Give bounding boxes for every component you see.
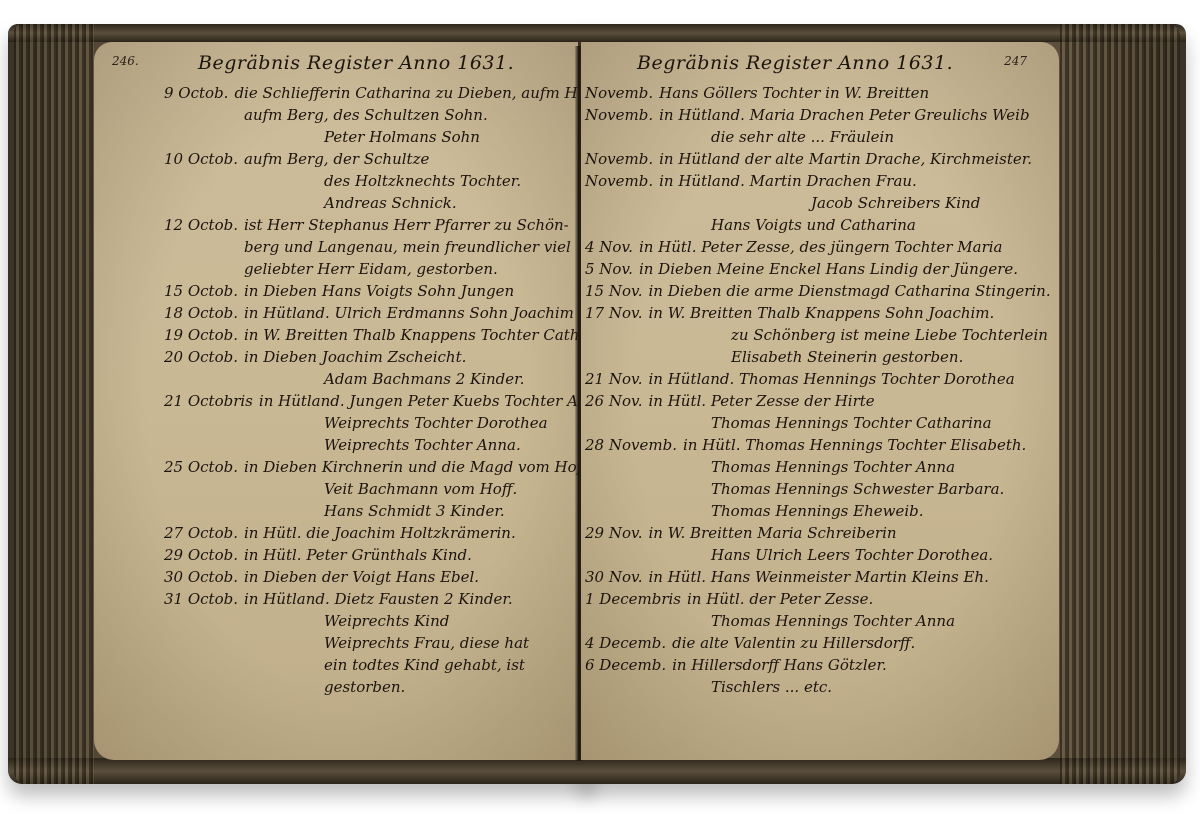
register-entry: 6 Decemb.in Hillersdorff Hans Götzler. [581, 654, 1059, 676]
register-entry: 5 Nov.in Dieben Meine Enckel Hans Lindig… [581, 258, 1059, 280]
entry-continuation: aufm Berg, des Schultzen Sohn. [94, 104, 578, 126]
entry-continuation: Andreas Schnick. [94, 192, 578, 214]
entry-text: in Hütland. Ulrich Erdmanns Sohn Joachim [238, 304, 574, 322]
register-entries: Novemb.Hans Göllers Tochter in W. Breitt… [581, 82, 1059, 698]
entry-text: in Hütland. Thomas Hennings Tochter Doro… [642, 370, 1014, 388]
entry-date: 6 Decemb. [585, 654, 666, 676]
register-entry: 15 Nov.in Dieben die arme Dienstmagd Cat… [581, 280, 1059, 302]
entry-date: 28 Novemb. [585, 434, 677, 456]
entry-continuation: Thomas Hennings Eheweib. [581, 500, 1059, 522]
entry-date: 15 Nov. [585, 280, 642, 302]
entry-date: 21 Nov. [585, 368, 642, 390]
top-page-edges [8, 24, 1186, 42]
entry-text: in Hütl. Thomas Hennings Tochter Elisabe… [677, 436, 1026, 454]
entry-text: aufm Berg, der Schultze [238, 150, 429, 168]
entry-text: in W. Breitten Thalb Knappens Tochter Ca… [238, 326, 578, 344]
entry-date: 29 Octob. [164, 544, 238, 566]
entry-date: Novemb. [585, 148, 653, 170]
entry-text: in Dieben der Voigt Hans Ebel. [238, 568, 479, 586]
entry-date: 18 Octob. [164, 302, 238, 324]
entry-date: 26 Nov. [585, 390, 642, 412]
bottom-page-edges [8, 758, 1186, 784]
entry-text: in Hütl. Peter Grünthals Kind. [238, 546, 472, 564]
entry-continuation: Jacob Schreibers Kind [581, 192, 1059, 214]
entry-text: in Hütl. die Joachim Holtzkrämerin. [238, 524, 516, 542]
register-entry: 20 Octob.in Dieben Joachim Zscheicht. [94, 346, 578, 368]
register-entry: 1 Decembrisin Hütl. der Peter Zesse. [581, 588, 1059, 610]
entry-continuation: Weiprechts Frau, diese hat [94, 632, 578, 654]
register-entry: Novemb.in Hütland. Martin Drachen Frau. [581, 170, 1059, 192]
entry-text: in Hütl. Peter Zesse, des jüngern Tochte… [633, 238, 1003, 256]
open-book: 246. Begräbnis Register Anno 1631. 9 Oct… [8, 24, 1186, 784]
entry-text: in W. Breitten Maria Schreiberin [642, 524, 896, 542]
register-entry: 17 Nov.in W. Breitten Thalb Knappens Soh… [581, 302, 1059, 324]
register-entry: 18 Octob.in Hütland. Ulrich Erdmanns Soh… [94, 302, 578, 324]
entry-date: 12 Octob. [164, 214, 238, 236]
right-page: 247 Begräbnis Register Anno 1631. Novemb… [581, 42, 1059, 760]
entry-text: in Hütland der alte Martin Drache, Kirch… [653, 150, 1032, 168]
entry-date: 29 Nov. [585, 522, 642, 544]
entry-continuation: Thomas Hennings Schwester Barbara. [581, 478, 1059, 500]
entry-date: 17 Nov. [585, 302, 642, 324]
entry-text: die alte Valentin zu Hillersdorff. [666, 634, 915, 652]
entry-continuation: Thomas Hennings Tochter Anna [581, 456, 1059, 478]
entry-text: in Dieben Joachim Zscheicht. [238, 348, 466, 366]
entry-text: in Hütl. Hans Weinmeister Martin Kleins … [642, 568, 988, 586]
register-entry: 30 Octob.in Dieben der Voigt Hans Ebel. [94, 566, 578, 588]
entry-continuation: Hans Voigts und Catharina [581, 214, 1059, 236]
entry-text: in Hütland. Jungen Peter Kuebs Tochter A… [253, 392, 578, 410]
entry-date: Novemb. [585, 104, 653, 126]
entry-continuation: Adam Bachmans 2 Kinder. [94, 368, 578, 390]
entry-continuation: Thomas Hennings Tochter Catharina [581, 412, 1059, 434]
entry-text: in Hillersdorff Hans Götzler. [666, 656, 887, 674]
entry-date: 4 Nov. [585, 236, 633, 258]
entry-date: 10 Octob. [164, 148, 238, 170]
entry-date: 4 Decemb. [585, 632, 666, 654]
register-entry: 30 Nov.in Hütl. Hans Weinmeister Martin … [581, 566, 1059, 588]
entry-continuation: geliebter Herr Eidam, gestorben. [94, 258, 578, 280]
entry-continuation: Hans Schmidt 3 Kinder. [94, 500, 578, 522]
entry-continuation: Weiprechts Kind [94, 610, 578, 632]
left-page: 246. Begräbnis Register Anno 1631. 9 Oct… [94, 42, 578, 760]
entry-date: 21 Octobris [164, 390, 253, 412]
entry-date: 20 Octob. [164, 346, 238, 368]
entry-date: 1 Decembris [585, 588, 681, 610]
register-entry: 21 Octobrisin Hütland. Jungen Peter Kueb… [94, 390, 578, 412]
register-entry: 12 Octob.ist Herr Stephanus Herr Pfarrer… [94, 214, 578, 236]
register-entry: 31 Octob.in Hütland. Dietz Fausten 2 Kin… [94, 588, 578, 610]
entry-date: Novemb. [585, 170, 653, 192]
entry-date: 25 Octob. [164, 456, 238, 478]
entry-continuation: berg und Langenau, mein freundlicher vie… [94, 236, 578, 258]
register-entry: 28 Novemb.in Hütl. Thomas Hennings Tocht… [581, 434, 1059, 456]
entry-text: in Hütland. Maria Drachen Peter Greulich… [653, 106, 1029, 124]
register-entry: Novemb.in Hütland. Maria Drachen Peter G… [581, 104, 1059, 126]
page-number: 247 [1004, 54, 1027, 68]
register-entries: 9 Octob.die Schliefferin Catharina zu Di… [94, 82, 578, 698]
register-entry: 21 Nov.in Hütland. Thomas Hennings Tocht… [581, 368, 1059, 390]
register-entry: 15 Octob.in Dieben Hans Voigts Sohn Jung… [94, 280, 578, 302]
entry-text: in Dieben die arme Dienstmagd Catharina … [642, 282, 1050, 300]
entry-date: 9 Octob. [164, 82, 228, 104]
entry-continuation: Veit Bachmann vom Hoff. [94, 478, 578, 500]
entry-continuation: Thomas Hennings Tochter Anna [581, 610, 1059, 632]
entry-date: 30 Nov. [585, 566, 642, 588]
entry-text: in W. Breitten Thalb Knappens Sohn Joach… [642, 304, 994, 322]
register-entry: 10 Octob.aufm Berg, der Schultze [94, 148, 578, 170]
entry-date: 30 Octob. [164, 566, 238, 588]
page-heading: Begräbnis Register Anno 1631. [637, 52, 953, 74]
entry-continuation: Weiprechts Tochter Dorothea [94, 412, 578, 434]
entry-continuation: die sehr alte ... Fräulein [581, 126, 1059, 148]
entry-continuation: Weiprechts Tochter Anna. [94, 434, 578, 456]
entry-text: die Schliefferin Catharina zu Dieben, au… [228, 84, 578, 102]
entry-date: 19 Octob. [164, 324, 238, 346]
register-entry: 4 Decemb.die alte Valentin zu Hillersdor… [581, 632, 1059, 654]
register-entry: 25 Octob.in Dieben Kirchnerin und die Ma… [94, 456, 578, 478]
register-entry: 26 Nov.in Hütl. Peter Zesse der Hirte [581, 390, 1059, 412]
entry-date: 5 Nov. [585, 258, 633, 280]
entry-text: in Hütl. Peter Zesse der Hirte [642, 392, 874, 410]
entry-text: in Hütland. Martin Drachen Frau. [653, 172, 917, 190]
entry-continuation: zu Schönberg ist meine Liebe Tochterlein [581, 324, 1059, 346]
register-entry: 29 Octob.in Hütl. Peter Grünthals Kind. [94, 544, 578, 566]
entry-text: ist Herr Stephanus Herr Pfarrer zu Schön… [238, 216, 569, 234]
entry-continuation: Peter Holmans Sohn [94, 126, 578, 148]
entry-continuation: ein todtes Kind gehabt, ist [94, 654, 578, 676]
entry-text: in Hütl. der Peter Zesse. [681, 590, 873, 608]
entry-text: in Dieben Hans Voigts Sohn Jungen [238, 282, 514, 300]
register-entry: 19 Octob.in W. Breitten Thalb Knappens T… [94, 324, 578, 346]
entry-continuation: gestorben. [94, 676, 578, 698]
page-heading: Begräbnis Register Anno 1631. [198, 52, 514, 74]
entry-continuation: Tischlers ... etc. [581, 676, 1059, 698]
entry-date: 15 Octob. [164, 280, 238, 302]
entry-date: Novemb. [585, 82, 653, 104]
register-entry: Novemb.Hans Göllers Tochter in W. Breitt… [581, 82, 1059, 104]
register-entry: 4 Nov.in Hütl. Peter Zesse, des jüngern … [581, 236, 1059, 258]
left-page-block-edge [14, 24, 94, 784]
register-entry: 9 Octob.die Schliefferin Catharina zu Di… [94, 82, 578, 104]
entry-text: Hans Göllers Tochter in W. Breitten [653, 84, 929, 102]
entry-text: in Dieben Kirchnerin und die Magd vom Ho… [238, 458, 578, 476]
register-entry: 29 Nov.in W. Breitten Maria Schreiberin [581, 522, 1059, 544]
page-number: 246. [112, 54, 139, 68]
entry-text: in Hütland. Dietz Fausten 2 Kinder. [238, 590, 513, 608]
entry-date: 27 Octob. [164, 522, 238, 544]
right-page-block-edge [1060, 24, 1180, 784]
register-entry: 27 Octob.in Hütl. die Joachim Holtzkräme… [94, 522, 578, 544]
entry-continuation: Hans Ulrich Leers Tochter Dorothea. [581, 544, 1059, 566]
register-entry: Novemb.in Hütland der alte Martin Drache… [581, 148, 1059, 170]
entry-continuation: Elisabeth Steinerin gestorben. [581, 346, 1059, 368]
entry-date: 31 Octob. [164, 588, 238, 610]
entry-text: in Dieben Meine Enckel Hans Lindig der J… [633, 260, 1018, 278]
entry-continuation: des Holtzknechts Tochter. [94, 170, 578, 192]
